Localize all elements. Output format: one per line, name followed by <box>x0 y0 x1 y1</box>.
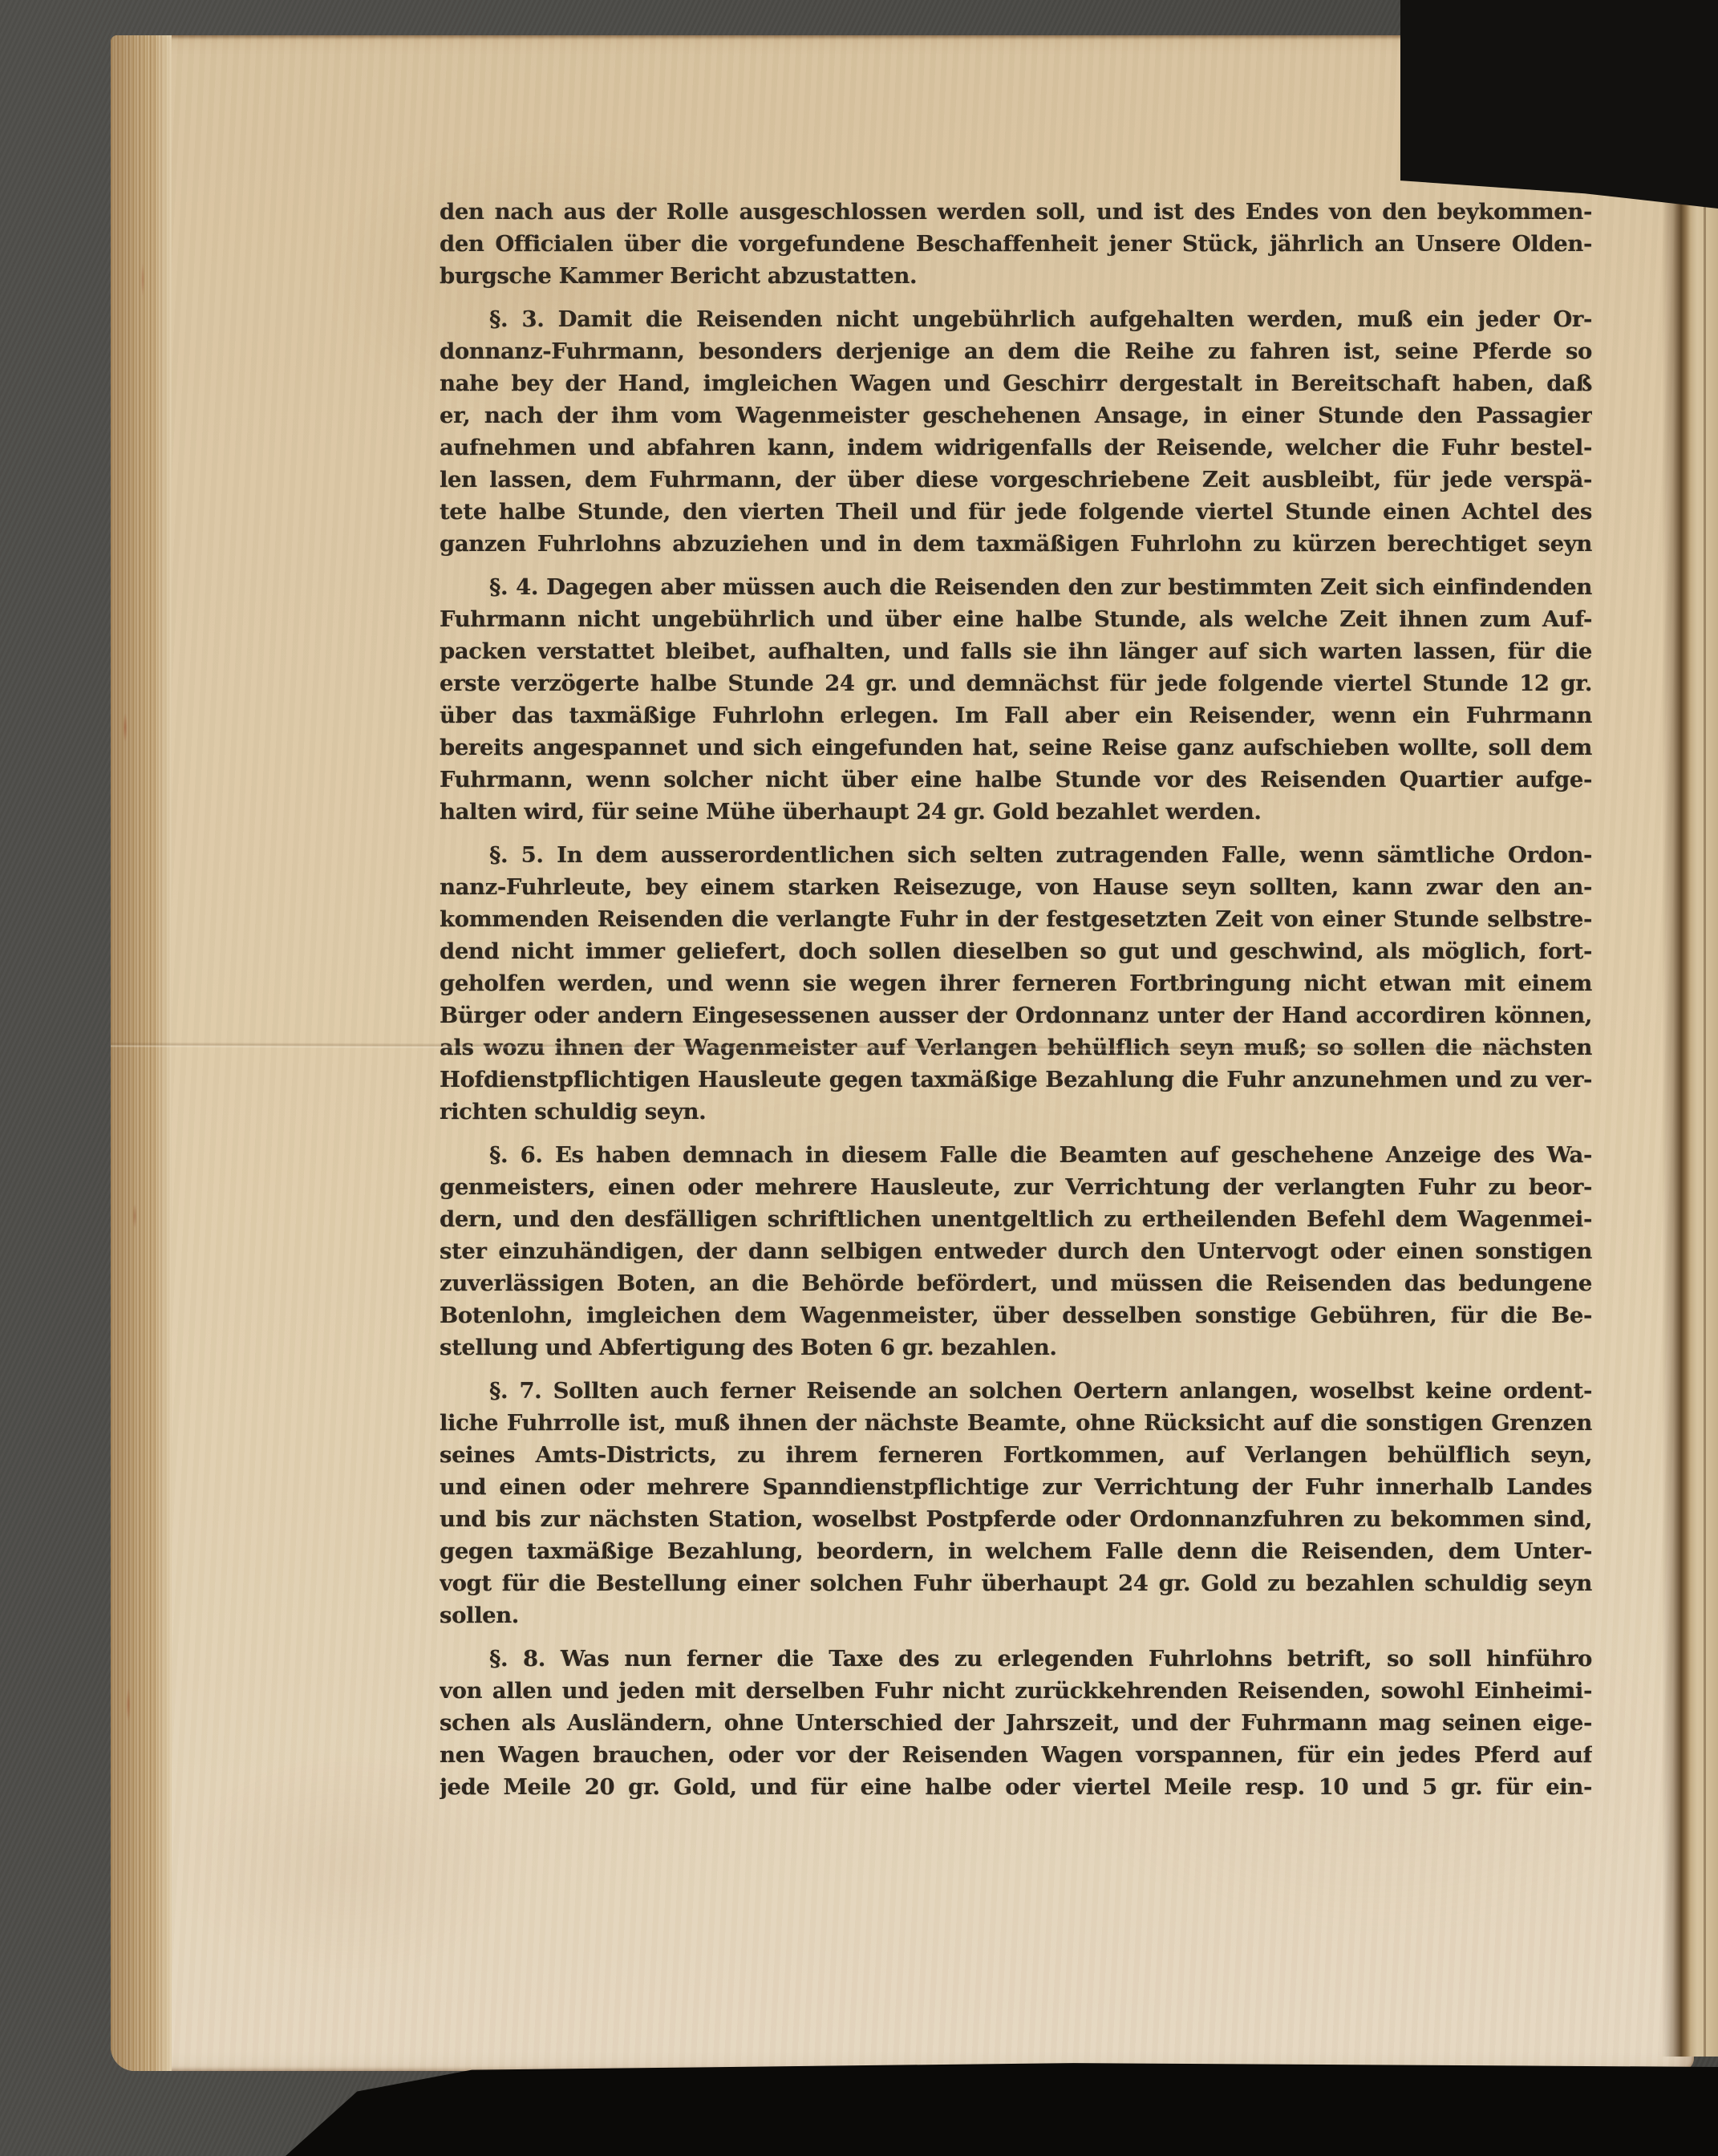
text-line: Fuhrmann nicht ungebührlich und über ein… <box>440 603 1592 635</box>
text-line: gegen taxmäßige Bezahlung, beordern, in … <box>440 1535 1592 1567</box>
text-line: kommenden Reisenden die verlangte Fuhr i… <box>440 903 1592 935</box>
text-line: von allen und jeden mit derselben Fuhr n… <box>440 1675 1592 1707</box>
scan-dark-corner-top-right <box>1400 0 1718 215</box>
text-line: Botenlohn, imgleichen dem Wagenmeister, … <box>440 1299 1592 1331</box>
text-line: seines Amts-Districts, zu ihrem ferneren… <box>440 1439 1592 1471</box>
text-line: nahe bey der Hand, imgleichen Wagen und … <box>440 367 1592 399</box>
page-bottom-shadow <box>286 2058 1718 2156</box>
text-line: stellung und Abfertigung des Boten 6 gr.… <box>440 1331 1592 1364</box>
text-line: donnanz-Fuhrmann, besonders derjenige an… <box>440 335 1592 367</box>
text-line: dend nicht immer geliefert, doch sollen … <box>440 935 1592 967</box>
text-line: bereits angespannet und sich eingefunden… <box>440 731 1592 764</box>
text-line: jede Meile 20 gr. Gold, und für eine hal… <box>440 1771 1592 1803</box>
text-line: ster einzuhändigen, der dann selbigen en… <box>440 1235 1592 1267</box>
text-line: genmeisters, einen oder mehrere Hausleut… <box>440 1171 1592 1203</box>
text-line: schen als Ausländern, ohne Unterschied d… <box>440 1707 1592 1739</box>
text-line: §. 6. Es haben demnach in diesem Falle d… <box>440 1139 1592 1171</box>
text-line: dern, und den desfälligen schriftlichen … <box>440 1203 1592 1235</box>
text-line: tete halbe Stunde, den vierten Theil und… <box>440 496 1592 528</box>
text-line: Fuhrmann, wenn solcher nicht über eine h… <box>440 764 1592 796</box>
text-line: Bürger oder andern Eingesessenen ausser … <box>440 999 1592 1031</box>
text-line: len lassen, dem Fuhrmann, der über diese… <box>440 464 1592 496</box>
text-line: vogt für die Bestellung einer solchen Fu… <box>440 1567 1592 1599</box>
text-line: halten wird, für seine Mühe überhaupt 24… <box>440 796 1592 828</box>
book-page: den nach aus der Rolle ausgeschlossen we… <box>111 35 1694 2071</box>
text-line: als wozu ihnen der Wagenmeister auf Verl… <box>440 1031 1592 1064</box>
text-line: zuverlässigen Boten, an die Behörde befö… <box>440 1267 1592 1299</box>
text-line: er, nach der ihm vom Wagenmeister gesche… <box>440 399 1592 432</box>
text-line: den nach aus der Rolle ausgeschlossen we… <box>440 196 1592 228</box>
text-line: aufnehmen und abfahren kann, indem widri… <box>440 432 1592 464</box>
text-line: und einen oder mehrere Spanndienstpflich… <box>440 1471 1592 1503</box>
book-gutter-fold <box>1662 154 1718 2057</box>
text-line: §. 3. Damit die Reisenden nicht ungebühr… <box>440 303 1592 335</box>
text-line: richten schuldig seyn. <box>440 1096 1592 1128</box>
text-line: §. 5. In dem ausserordentlichen sich sel… <box>440 839 1592 871</box>
text-line: packen verstattet bleibet, aufhalten, un… <box>440 635 1592 667</box>
text-line: den Officialen über die vorgefundene Bes… <box>440 228 1592 260</box>
text-line: Hofdienstpflichtigen Hausleute gegen tax… <box>440 1064 1592 1096</box>
text-block: den nach aus der Rolle ausgeschlossen we… <box>440 196 1592 1803</box>
text-line: über das taxmäßige Fuhrlohn erlegen. Im … <box>440 699 1592 731</box>
page-edge-stack <box>111 35 172 2071</box>
text-line: sollen. <box>440 1599 1592 1631</box>
text-line: nanz-Fuhrleute, bey einem starken Reisez… <box>440 871 1592 903</box>
text-line: nen Wagen brauchen, oder vor der Reisend… <box>440 1739 1592 1771</box>
text-line: und bis zur nächsten Station, woselbst P… <box>440 1503 1592 1535</box>
text-line: ganzen Fuhrlohns abzuziehen und in dem t… <box>440 528 1592 560</box>
text-line: §. 4. Dagegen aber müssen auch die Reise… <box>440 571 1592 603</box>
text-line: liche Fuhrrolle ist, muß ihnen der nächs… <box>440 1407 1592 1439</box>
text-line: burgsche Kammer Bericht abzustatten. <box>440 260 1592 292</box>
text-line: geholfen werden, und wenn sie wegen ihre… <box>440 967 1592 999</box>
scanner-background: den nach aus der Rolle ausgeschlossen we… <box>0 0 1718 2156</box>
text-line: §. 8. Was nun ferner die Taxe des zu erl… <box>440 1643 1592 1675</box>
text-line: §. 7. Sollten auch ferner Reisende an so… <box>440 1375 1592 1407</box>
text-line: erste verzögerte halbe Stunde 24 gr. und… <box>440 667 1592 699</box>
